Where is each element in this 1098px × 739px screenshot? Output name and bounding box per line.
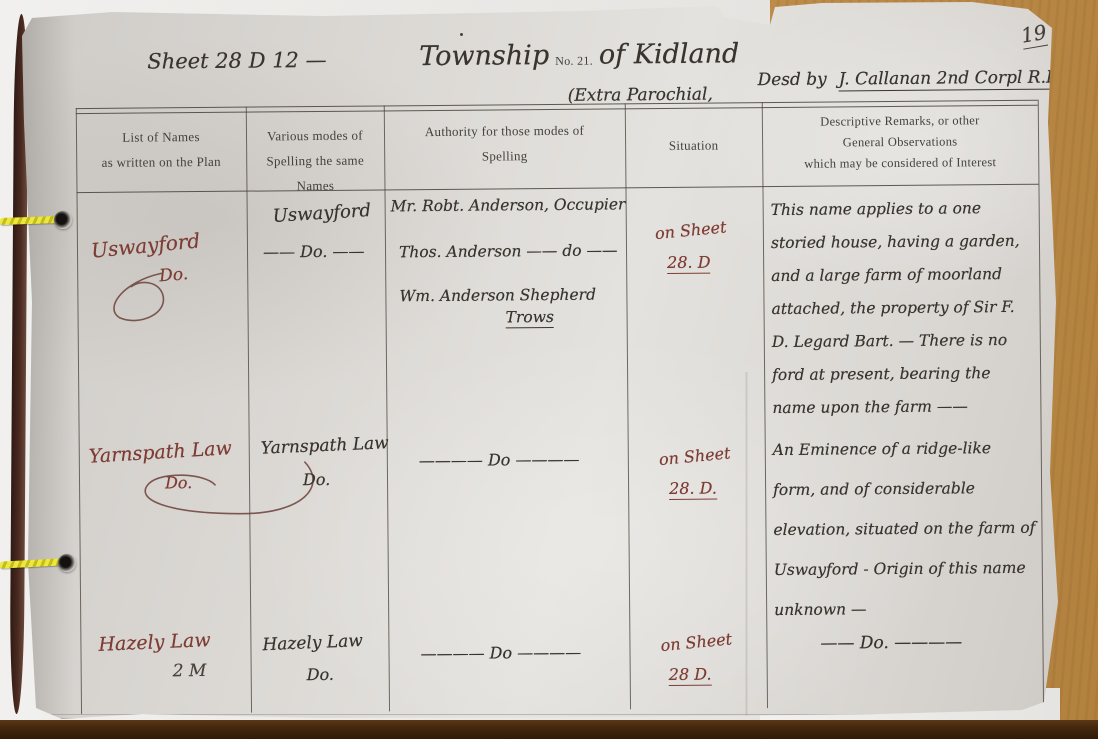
pen-flourish [119, 458, 330, 526]
header-line: Descriptive Remarks, or other [762, 110, 1038, 133]
row2-remarks: An Eminence of a ridge-like form, and of… [773, 428, 1037, 630]
table-top-rule [76, 100, 1038, 109]
column-header-authority: Authority for those modes of Spelling [384, 117, 625, 169]
row1-authority-line: Wm. Anderson Shepherd [399, 286, 596, 306]
header-bottom-rule [76, 184, 1038, 193]
descriptor-note: Desd by J. Callanan 2nd Corpl R.E. [757, 67, 1063, 90]
column-rule [625, 103, 631, 709]
header-line: as written on the Plan [76, 149, 246, 175]
header-line: Authority for those modes of [384, 117, 625, 144]
township-script: Township [419, 40, 549, 72]
header-line: Spelling the same Names [246, 147, 384, 198]
header-line: General Observations [762, 131, 1038, 154]
row1-authority-line: Mr. Robt. Anderson, Occupier [391, 195, 626, 215]
header-line: Various modes of [246, 122, 384, 148]
row1-modes-name: Uswayford [272, 200, 371, 227]
desk-edge [0, 720, 1098, 739]
row3-remarks: —— Do. ———— [820, 632, 962, 653]
row2-situation-line1: on Sheet [658, 443, 731, 469]
row1-modes-sub: —— Do. —— [263, 242, 365, 262]
row2-situation-line2: 28. D. [669, 479, 717, 500]
row3-authority-line: ———— Do ———— [420, 643, 581, 663]
row3-situation-line2: 28 D. [669, 665, 712, 686]
row1-authority-note: Trows [506, 308, 554, 328]
row2-modes-name: Yarnspath Law [260, 433, 389, 459]
column-rule [76, 108, 82, 714]
header-line: Situation [625, 132, 762, 158]
descriptor-name: J. Callanan 2nd Corpl R.E. [839, 67, 1064, 91]
column-rule [1038, 100, 1044, 706]
row3-plan-sub: 2 M [173, 661, 207, 681]
row1-situation-line1: on Sheet [654, 217, 727, 243]
row2-modes-sub: Do. [303, 470, 330, 489]
row3-plan-name: Hazely Law [98, 629, 211, 656]
page-content: Sheet 28 D 12 — Township No. 21. of Kidl… [19, 0, 1078, 729]
row1-situation-line2: 28. D [667, 253, 711, 274]
pen-flourish [99, 269, 191, 324]
page-number: 19 [1019, 20, 1048, 50]
row3-modes-name: Hazely Law [262, 631, 363, 655]
township-title: Township No. 21. of Kidland [419, 38, 739, 72]
descriptor-prefix: Desd by [757, 70, 826, 91]
row1-authority-line: Thos. Anderson —— do —— [399, 241, 618, 261]
binding-hole [54, 211, 72, 229]
header-line: which may be considered of Interest [762, 152, 1038, 175]
column-header-situation: Situation [625, 132, 762, 158]
column-header-remarks: Descriptive Remarks, or other General Ob… [762, 110, 1039, 175]
row3-modes-sub: Do. [307, 665, 334, 684]
header-line: Spelling [384, 142, 625, 169]
column-header-names: List of Names as written on the Plan [76, 124, 246, 175]
row1-remarks: This name applies to a one storied house… [771, 192, 1035, 425]
column-rule [762, 102, 768, 708]
column-header-spelling-modes: Various modes of Spelling the same Names [246, 122, 385, 198]
sheet-number-annotation: Sheet 28 D 12 — [147, 48, 326, 74]
township-number-printed: No. 21. [555, 54, 593, 69]
row3-situation-line1: on Sheet [660, 629, 733, 655]
header-line: List of Names [76, 124, 246, 150]
row2-authority-line: ———— Do ———— [419, 450, 580, 470]
row1-plan-name: Uswayford [90, 228, 201, 262]
township-place-script: of Kidland [599, 38, 740, 70]
scanned-page: Sheet 28 D 12 — Township No. 21. of Kidl… [22, 2, 1075, 724]
scanned-document-scene: Sheet 28 D 12 — Township No. 21. of Kidl… [0, 0, 1098, 739]
name-book-table: List of Names as written on the Plan Var… [76, 100, 1043, 714]
column-rule [384, 105, 390, 711]
binding-hole [58, 554, 76, 572]
